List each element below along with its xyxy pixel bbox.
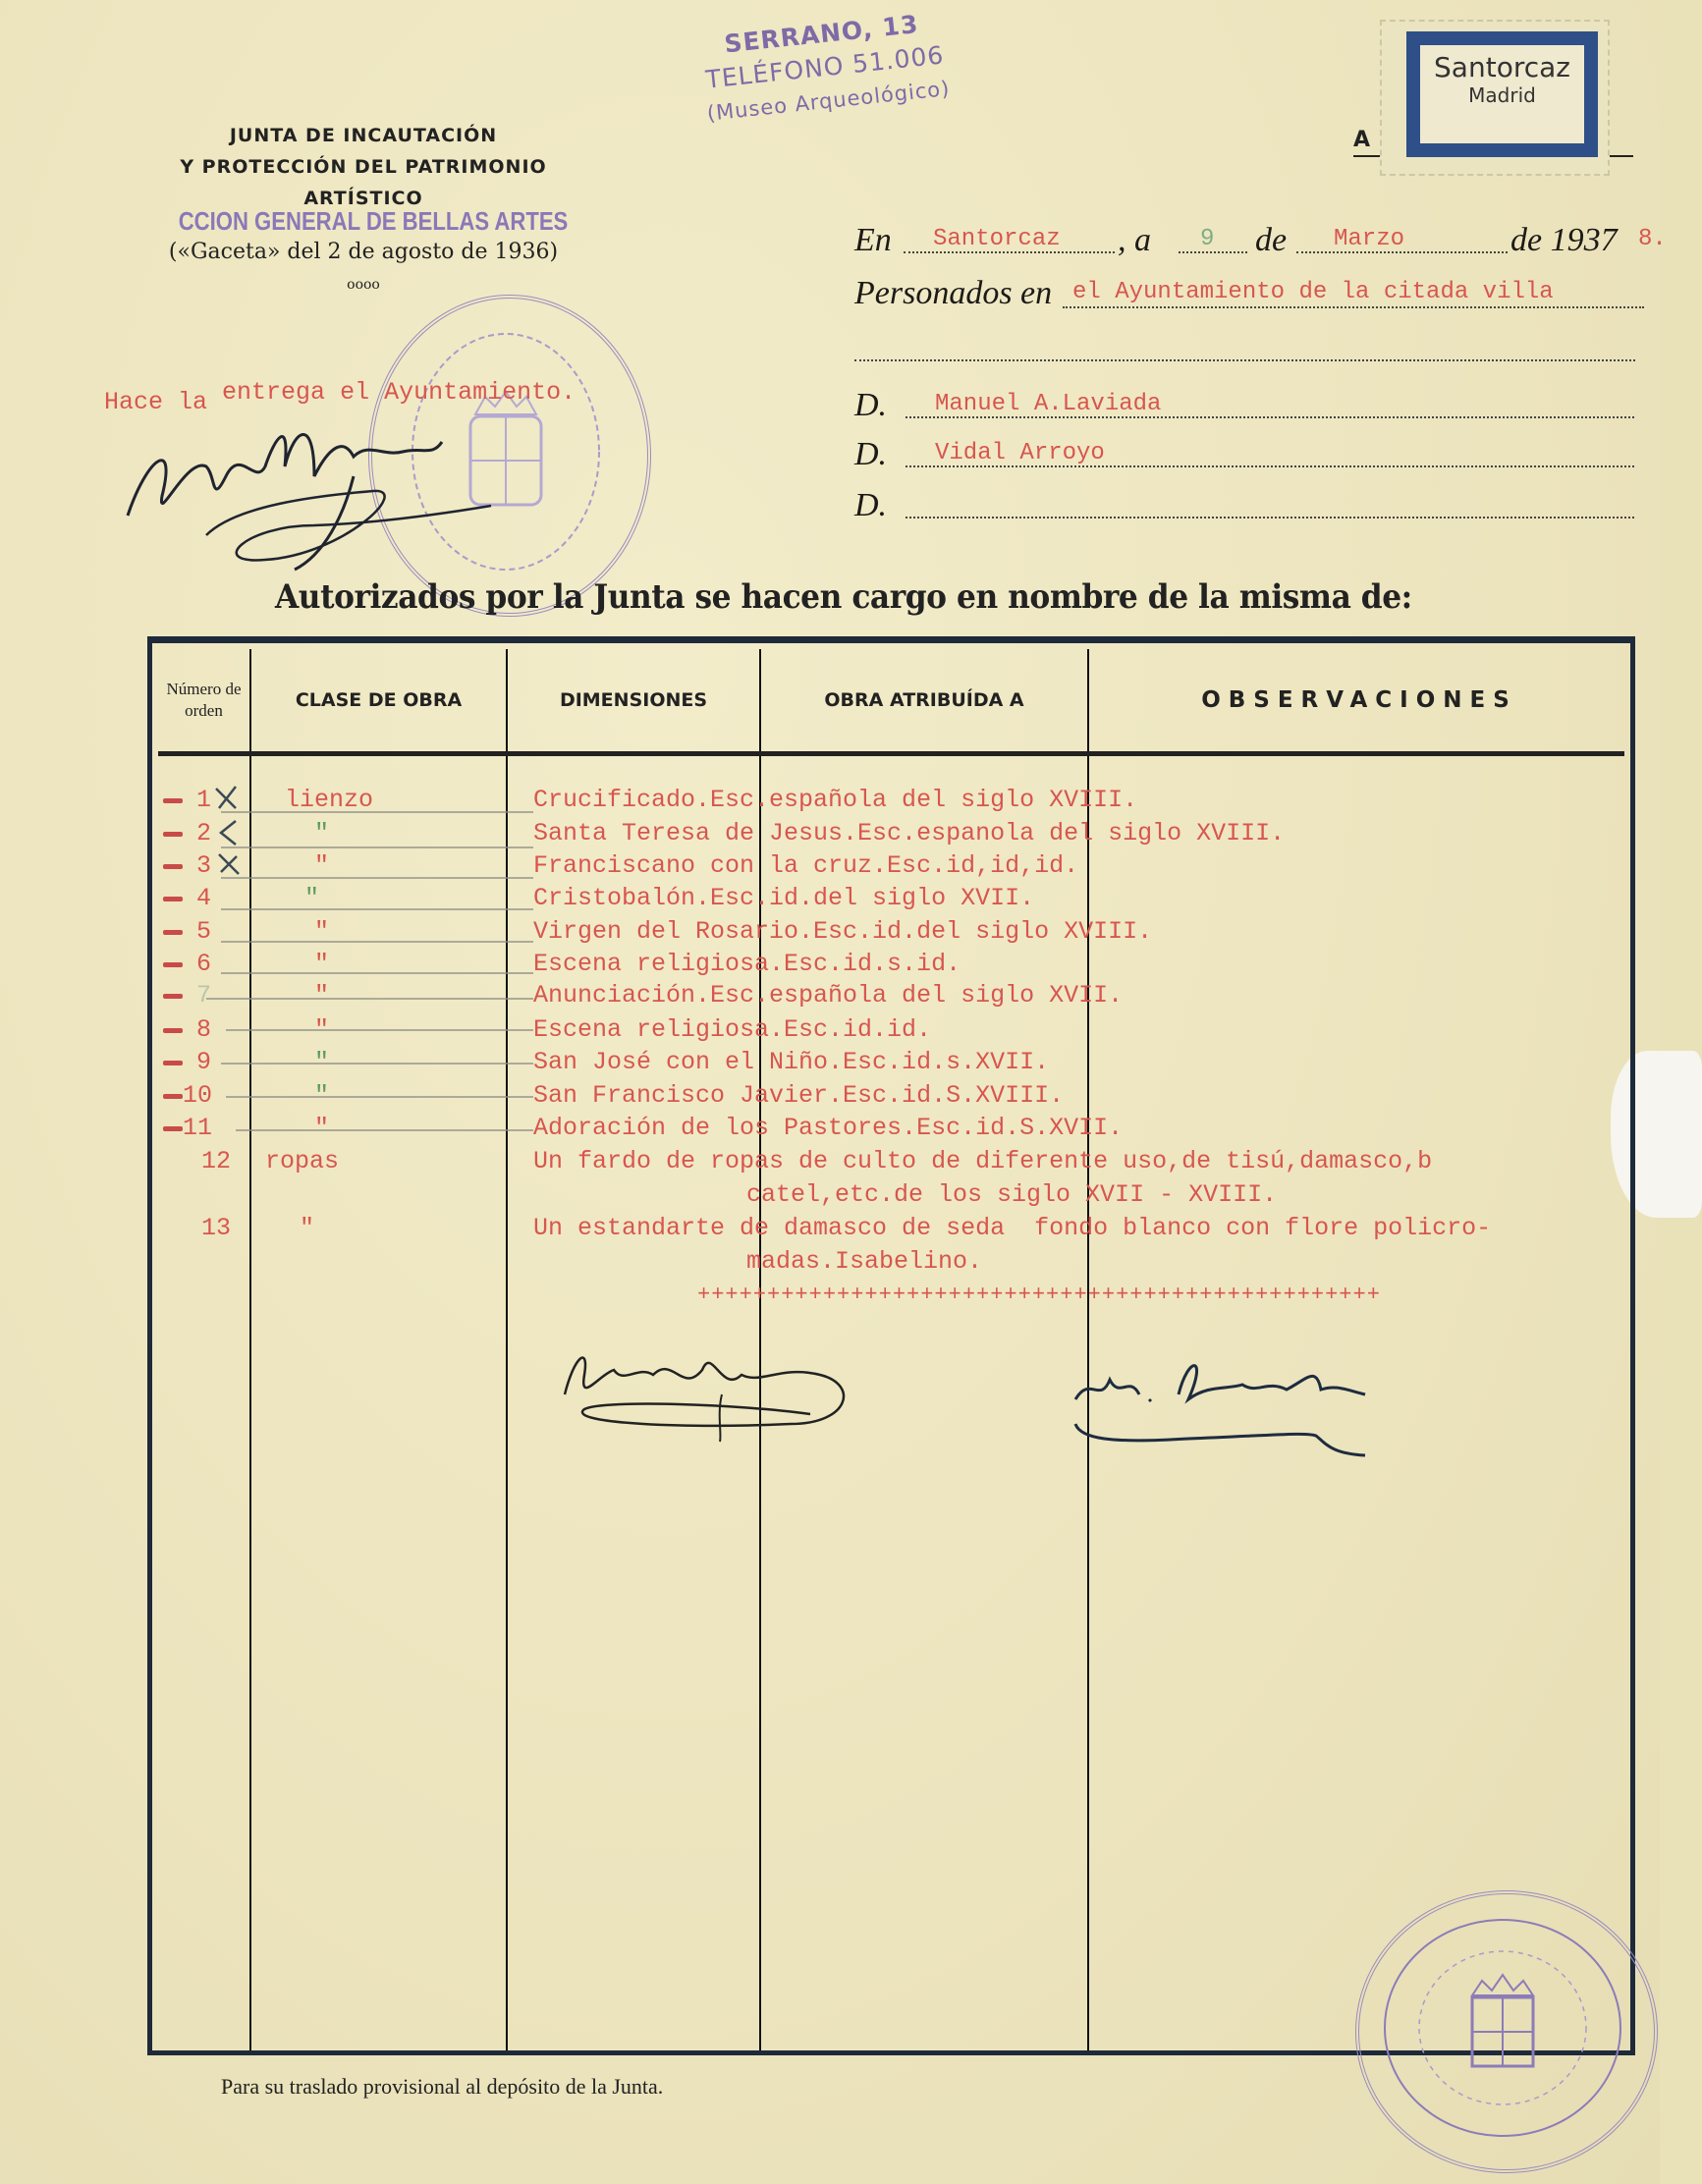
check-dash — [163, 1126, 183, 1131]
row-clase: " — [314, 1114, 329, 1142]
row-number: 10 — [183, 1081, 212, 1110]
month-value: Marzo — [1334, 226, 1404, 252]
check-dash — [163, 798, 183, 803]
check-dash — [163, 864, 183, 869]
postage-border: Santorcaz Madrid — [1406, 31, 1598, 157]
location-value: el Ayuntamiento de la citada villa — [1072, 279, 1554, 305]
row-description: Escena religiosa.Esc.id.id. — [533, 1015, 931, 1044]
column-header-clase: CLASE DE OBRA — [251, 649, 506, 751]
row-clase: " — [300, 1214, 314, 1242]
personados-line: Personados en el Ayuntamiento de la cita… — [854, 275, 1650, 314]
pencil-line — [236, 1129, 533, 1131]
year-label: de 1937 — [1510, 222, 1618, 259]
header-rule — [158, 751, 1624, 756]
row-clase: " — [314, 851, 329, 880]
row-description: Un fardo de ropas de culto de diferente … — [533, 1147, 1432, 1175]
row-number: 12 — [201, 1147, 231, 1175]
day-value: 9 — [1200, 226, 1214, 252]
junta-seal-icon — [1355, 1890, 1658, 2173]
org-line-1: JUNTA DE INCAUTACIÓN — [147, 120, 579, 151]
d-label: D. — [854, 436, 887, 473]
row-description: Cristobalón.Esc.id.del siglo XVII. — [533, 884, 1034, 912]
transfer-note: Para su traslado provisional al depósito… — [221, 2074, 663, 2100]
row-description: Escena religiosa.Esc.id.s.id. — [533, 950, 961, 978]
row-description: Crucificado.Esc.española del siglo XVIII… — [533, 786, 1137, 814]
pencil-line — [206, 998, 533, 1000]
row-description: San Francisco Javier.Esc.id.S.XVIII. — [533, 1081, 1064, 1110]
pencil-line — [221, 1063, 533, 1065]
year-correction: 8. — [1638, 226, 1667, 252]
postage-town: Santorcaz — [1420, 45, 1584, 83]
row-number: 5 — [196, 917, 211, 946]
date-line: En Santorcaz , a 9 de Marzo de 1937 8. — [854, 222, 1650, 261]
pencil-line — [221, 846, 533, 848]
person-name: Manuel A.Laviada — [935, 391, 1161, 417]
row-description: Un estandarte de damasco de seda fondo b… — [533, 1214, 1491, 1242]
person-line-2: D. Vidal Arroyo — [854, 436, 1640, 475]
end-marker: ++++++++++++++++++++++++++++++++++++++++… — [697, 1283, 1381, 1307]
row-number: 3 — [196, 851, 211, 880]
row-number: 4 — [196, 884, 211, 912]
pencil-line — [221, 877, 533, 879]
row-number: 2 — [196, 819, 211, 847]
d-label: D. — [854, 487, 887, 524]
row-number: 8 — [196, 1015, 211, 1044]
blank-line — [854, 359, 1635, 361]
row-clase: lienzo — [285, 786, 373, 814]
check-dash — [163, 994, 183, 999]
person-line-3: D. — [854, 487, 1640, 526]
a-label: , a — [1118, 222, 1151, 259]
ornament-icon: oooo — [344, 277, 383, 293]
row-number: 9 — [196, 1048, 211, 1076]
check-dash — [163, 962, 183, 967]
column-header-dimensiones: DIMENSIONES — [508, 649, 759, 751]
column-header-atribuida: OBRA ATRIBUÍDA A — [761, 649, 1087, 751]
d-label: D. — [854, 387, 887, 424]
seal-coat-of-arms-icon — [1359, 1894, 1646, 2161]
pencil-line — [221, 908, 533, 910]
person-name: Vidal Arroyo — [935, 440, 1105, 466]
row-number: 11 — [183, 1114, 212, 1142]
row-description-continued: catel,etc.de los siglo XVII - XVIII. — [746, 1180, 1277, 1209]
pencil-line — [226, 1029, 533, 1031]
pencil-line — [221, 972, 533, 974]
org-line-2: Y PROTECCIÓN DEL PATRIMONIO — [147, 151, 579, 183]
check-marks-icon — [211, 784, 250, 892]
section-heading: Autorizados por la Junta se hacen cargo … — [275, 577, 1412, 617]
signature-vidal-icon — [545, 1336, 1016, 1444]
postage-label: Santorcaz Madrid — [1380, 20, 1610, 176]
check-dash — [163, 897, 183, 901]
row-clase: " — [314, 981, 329, 1010]
personados-label: Personados en — [854, 275, 1052, 312]
check-dash — [163, 832, 183, 837]
row-clase: ropas — [265, 1147, 339, 1175]
row-number: 1 — [196, 786, 211, 814]
pencil-line — [226, 1096, 533, 1098]
de-label: de — [1255, 222, 1287, 259]
pencil-line — [221, 811, 533, 813]
row-description: Franciscano con la cruz.Esc.id,id,id. — [533, 851, 1078, 880]
check-dash — [163, 930, 183, 935]
person-field — [906, 487, 1634, 519]
row-clase: " — [314, 819, 329, 847]
row-description-continued: madas.Isabelino. — [746, 1247, 982, 1276]
organization-heading: JUNTA DE INCAUTACIÓN Y PROTECCIÓN DEL PA… — [147, 120, 579, 214]
pencil-line — [221, 941, 533, 943]
row-description: Adoración de los Pastores.Esc.id.S.XVII. — [533, 1114, 1123, 1142]
postage-province: Madrid — [1420, 83, 1584, 107]
row-description: San José con el Niño.Esc.id.s.XVII. — [533, 1048, 1049, 1076]
row-number: 7 — [196, 981, 211, 1010]
row-description: Virgen del Rosario.Esc.id.del siglo XVII… — [533, 917, 1152, 946]
column-header-number: Número de orden — [158, 649, 249, 751]
postage-text: Santorcaz Madrid — [1420, 45, 1584, 143]
row-description: Santa Teresa de Jesus.Esc.espanola del s… — [533, 819, 1285, 847]
signature-icon — [118, 398, 540, 574]
column-divider — [506, 649, 508, 2050]
en-label: En — [854, 222, 892, 259]
person-line-1: D. Manuel A.Laviada — [854, 387, 1640, 426]
row-description: Anunciación.Esc.española del siglo XVII. — [533, 981, 1123, 1010]
row-number: 6 — [196, 950, 211, 978]
signature-laviada-icon — [1071, 1345, 1463, 1473]
row-number: 13 — [201, 1214, 231, 1242]
check-dash — [163, 1061, 183, 1065]
gaceta-reference: («Gaceta» del 2 de agosto de 1936) — [147, 240, 579, 264]
column-header-observaciones: OBSERVACIONES — [1089, 649, 1629, 751]
a-prefix: A — [1353, 128, 1370, 152]
place-value: Santorcaz — [933, 226, 1061, 252]
check-dash — [163, 1028, 183, 1033]
direccion-stamp: CCION GENERAL DE BELLAS ARTES — [156, 206, 590, 237]
check-dash — [163, 1094, 183, 1099]
